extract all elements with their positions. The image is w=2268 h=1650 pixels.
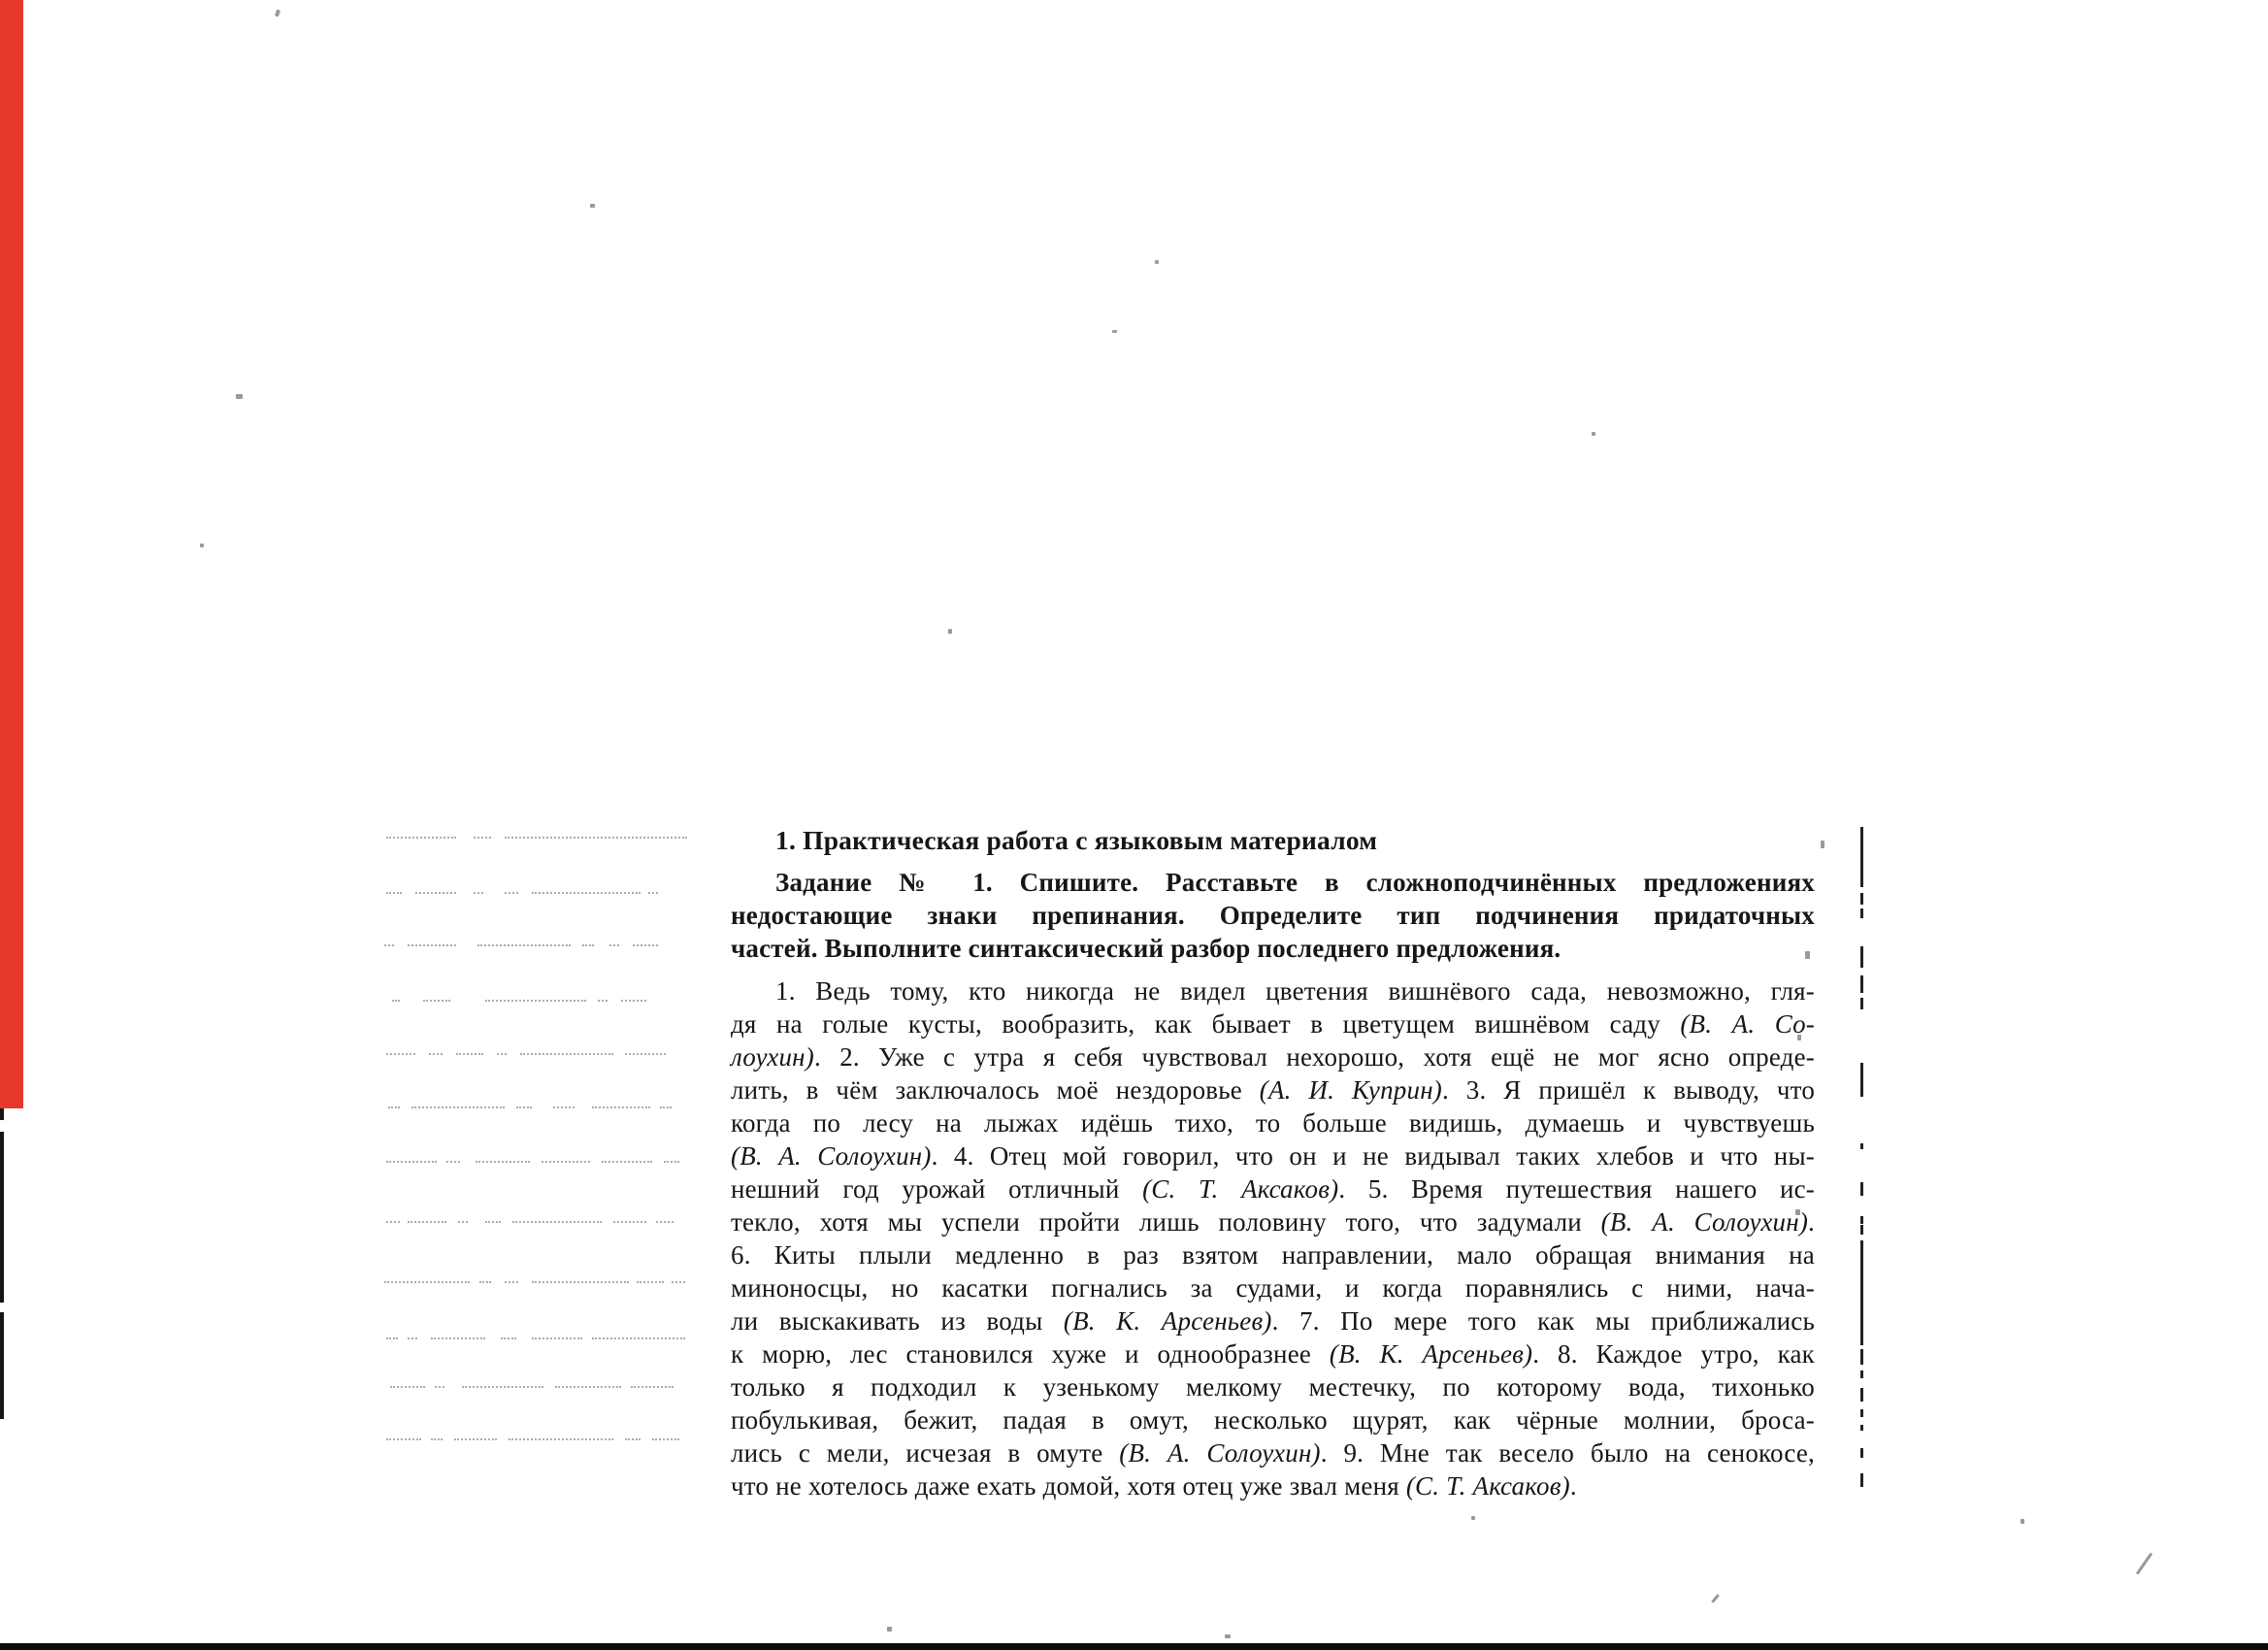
author-attribution: (С. Т. Аксаков) <box>1142 1174 1338 1204</box>
gutter-dash-segment <box>1860 893 1863 905</box>
author-attribution: (В. А. Солоухин) <box>1601 1207 1808 1237</box>
dotted-answer-line-segment <box>516 1106 532 1108</box>
text-segment: дя на голые кусты, вообразить, как бывае… <box>731 1009 1680 1039</box>
noise-speck <box>200 544 204 547</box>
text-segment: недостающие знаки препинания. Определите… <box>731 901 1815 930</box>
noise-speck <box>236 394 243 399</box>
author-attribution: (А. И. Куприн) <box>1260 1075 1442 1105</box>
text-line: только я подходил к узенькому мелкому ме… <box>731 1370 1815 1403</box>
dotted-answer-line-segment <box>625 1053 666 1055</box>
text-segment: . 2. Уже с утра я себя чувствовал нехоро… <box>814 1042 1815 1072</box>
text-segment: . <box>1570 1471 1577 1501</box>
gutter-dash-segment <box>1860 1349 1863 1365</box>
dotted-answer-line-segment <box>613 1221 646 1223</box>
text-segment: 1. Ведь тому, кто никогда не видел цвете… <box>775 976 1815 1006</box>
dotted-answer-line-segment <box>477 944 571 946</box>
dotted-answer-line-segment <box>631 1386 674 1388</box>
text-segment: только я подходил к узенькому мелкому ме… <box>731 1372 1815 1402</box>
dotted-answer-line-segment <box>660 1106 672 1108</box>
text-line: нешний год урожай отличный (С. Т. Аксако… <box>731 1172 1815 1205</box>
dotted-answer-line-segment <box>431 1438 443 1440</box>
gutter-dash-segment <box>1860 1182 1863 1196</box>
dotted-answer-line-segment <box>386 1438 421 1440</box>
dotted-answer-line-segment <box>384 1281 470 1283</box>
text-segment: лись с мели, исчезая в омуте <box>731 1438 1119 1468</box>
dotted-answer-line-segment <box>509 1438 613 1440</box>
text-segment: . 5. Время путешествия нашего ис- <box>1338 1174 1815 1204</box>
dotted-answer-line-segment <box>456 1053 483 1055</box>
text-segment: ли выскакивать из воды <box>731 1306 1064 1336</box>
dotted-answer-line-segment <box>621 1000 646 1002</box>
dotted-answer-line-segment <box>408 1337 417 1339</box>
dotted-answer-line-segment <box>592 1106 650 1108</box>
text-line: лоухин). 2. Уже с утра я себя чувствовал… <box>731 1040 1815 1073</box>
gutter-dash-segment <box>1860 1425 1863 1431</box>
scan-black-edge-segment <box>0 1312 4 1419</box>
scan-red-edge-strip <box>0 0 23 1108</box>
gutter-dash-segment <box>1860 1473 1863 1487</box>
dotted-answer-line-segment <box>390 1386 425 1388</box>
dotted-answer-line-segment <box>598 1000 608 1002</box>
gutter-dash-segment <box>1860 1225 1863 1235</box>
text-line: текло, хотя мы успели пройти лишь полови… <box>731 1205 1815 1238</box>
noise-speck <box>1155 260 1159 264</box>
noise-speck <box>1592 432 1595 436</box>
noise-speck <box>948 629 952 634</box>
text-segment: текло, хотя мы успели пройти лишь полови… <box>731 1207 1601 1237</box>
dotted-answer-line-segment <box>386 1161 437 1163</box>
text-line: к морю, лес становился хуже и однообразн… <box>731 1337 1815 1370</box>
dotted-answer-line-segment <box>474 837 491 839</box>
text-line: (В. А. Солоухин). 4. Отец мой говорил, ч… <box>731 1139 1815 1172</box>
noise-speck <box>1112 330 1117 333</box>
text-segment: миноносцы, но касатки погнались за судам… <box>731 1273 1815 1303</box>
dotted-answer-line-segment <box>408 1221 446 1223</box>
text-segment: . 8. Каждое утро, как <box>1532 1339 1815 1369</box>
scan-bottom-edge-bar <box>0 1643 2268 1650</box>
text-segment: когда по лесу на лыжах идёшь тихо, то бо… <box>731 1108 1815 1138</box>
text-segment: . 7. По мере того как мы приближались <box>1272 1306 1815 1336</box>
gutter-dash-segment <box>1860 1448 1863 1458</box>
dotted-answer-line-segment <box>388 1106 400 1108</box>
dotted-answer-line-segment <box>648 892 658 894</box>
dotted-answer-line-segment <box>664 1161 679 1163</box>
dotted-answer-line-segment <box>532 1337 582 1339</box>
dotted-answer-line-segment <box>435 1386 444 1388</box>
dotted-answer-line-segment <box>429 1053 443 1055</box>
text-segment: частей. Выполните синтаксический разбор … <box>731 934 1561 963</box>
dotted-answer-line-segment <box>386 892 402 894</box>
author-attribution: (В. К. Арсеньев) <box>1064 1306 1272 1336</box>
dotted-answer-line-segment <box>532 1281 629 1283</box>
dotted-answer-line-segment <box>633 944 658 946</box>
text-segment: побулькивая, бежит, падая в омут, нескол… <box>731 1405 1815 1435</box>
text-line: Задание № 1. Спишите. Расставьте в сложн… <box>731 866 1815 899</box>
section-title-text: 1. Практическая работа с языковым матери… <box>731 821 1815 860</box>
text-segment: 6. Киты плыли медленно в раз взятом напр… <box>731 1240 1815 1270</box>
text-line: лить, в чём заключалось моё нездоровье (… <box>731 1073 1815 1106</box>
dotted-answer-line-segment <box>505 837 687 839</box>
gutter-dash-segment <box>1860 1388 1863 1402</box>
gutter-dash-segment <box>1860 1240 1863 1345</box>
dotted-answer-line-segment <box>555 1386 621 1388</box>
author-attribution: (С. Т. Аксаков) <box>1406 1471 1570 1501</box>
text-segment: что не хотелось даже ехать домой, хотя о… <box>731 1471 1406 1501</box>
text-segment: . 3. Я пришёл к выводу, что <box>1442 1075 1815 1105</box>
dotted-answer-line-segment <box>520 1053 613 1055</box>
noise-speck <box>1711 1594 1720 1603</box>
dotted-answer-line-segment <box>386 1053 415 1055</box>
noise-speck <box>1821 841 1824 848</box>
text-line: побулькивая, бежит, падая в омут, нескол… <box>731 1403 1815 1436</box>
scan-black-edge-segment <box>0 1132 4 1303</box>
dotted-answer-line-segment <box>479 1281 491 1283</box>
dotted-answer-line-segment <box>476 1161 530 1163</box>
text-line: недостающие знаки препинания. Определите… <box>731 899 1815 932</box>
dotted-answer-line-segment <box>415 892 456 894</box>
dotted-answer-line-segment <box>652 1438 679 1440</box>
noise-speck <box>1225 1634 1231 1638</box>
dotted-answer-line-segment <box>497 1053 507 1055</box>
exercise-sentences-paragraph: 1. Ведь тому, кто никогда не видел цвете… <box>731 974 1815 1502</box>
dotted-answer-line-segment <box>582 944 594 946</box>
text-line: ли выскакивать из воды (В. К. Арсеньев).… <box>731 1304 1815 1337</box>
dotted-answer-line-segment <box>553 1106 575 1108</box>
gutter-dash-segment <box>1860 908 1863 918</box>
text-line: лись с мели, исчезая в омуте (В. А. Соло… <box>731 1436 1815 1469</box>
dotted-answer-line-segment <box>592 1337 685 1339</box>
author-attribution: (В. А. Солоухин) <box>731 1141 932 1171</box>
text-line: что не хотелось даже ехать домой, хотя о… <box>731 1469 1815 1502</box>
dotted-answer-line-segment <box>505 892 518 894</box>
author-attribution: (В. К. Арсеньев) <box>1330 1339 1532 1369</box>
noise-speck <box>1471 1516 1475 1520</box>
dotted-answer-line-segment <box>462 1386 543 1388</box>
text-segment: . <box>1808 1207 1815 1237</box>
dotted-answer-line-segment <box>637 1281 664 1283</box>
dotted-answer-line-segment <box>542 1161 590 1163</box>
dotted-answer-line-segment <box>505 1281 518 1283</box>
text-segment: Задание № 1. <box>775 868 993 897</box>
exercise-text-block: 1. Практическая работа с языковым матери… <box>731 821 1815 1502</box>
dotted-answer-line-segment <box>408 944 456 946</box>
text-segment: нешний год урожай отличный <box>731 1174 1142 1204</box>
dotted-answer-line-segment <box>386 1221 400 1223</box>
noise-speck <box>590 204 595 208</box>
gutter-dash-segment <box>1860 998 1863 1009</box>
dotted-answer-line-segment <box>532 892 641 894</box>
noise-speck <box>2136 1552 2153 1574</box>
dotted-answer-line-segment <box>485 1000 586 1002</box>
gutter-dash-segment <box>1860 1143 1863 1149</box>
gutter-dash-segment <box>1860 1370 1863 1378</box>
text-segment: лить, в чём заключалось моё нездоровье <box>731 1075 1260 1105</box>
dotted-answer-line-segment <box>411 1106 505 1108</box>
noise-speck <box>2021 1519 2024 1524</box>
dotted-answer-line-segment <box>501 1337 516 1339</box>
text-segment: к морю, лес становился хуже и однообразн… <box>731 1339 1330 1369</box>
text-line: дя на голые кусты, вообразить, как бывае… <box>731 1007 1815 1040</box>
text-segment: . 4. Отец мой говорил, что он и не видыв… <box>932 1141 1815 1171</box>
dotted-answer-line-segment <box>386 1337 398 1339</box>
text-line: когда по лесу на лыжах идёшь тихо, то бо… <box>731 1106 1815 1139</box>
task-instruction-paragraph: Задание № 1. Спишите. Расставьте в сложн… <box>731 866 1815 965</box>
dotted-answer-line-segment <box>423 1000 450 1002</box>
gutter-dash-segment <box>1860 1216 1863 1224</box>
scanned-textbook-page: 1. Практическая работа с языковым матери… <box>0 0 2268 1650</box>
dotted-answer-line-segment <box>609 944 619 946</box>
dotted-answer-line-segment <box>458 1221 468 1223</box>
dotted-answer-line-segment <box>474 892 483 894</box>
dotted-answer-line-segment <box>454 1438 497 1440</box>
dotted-answer-line-segment <box>446 1161 460 1163</box>
dotted-answer-line-segment <box>392 1000 400 1002</box>
dotted-answer-line-segment <box>656 1221 674 1223</box>
text-segment: Спишите. Расставьте в сложноподчинённых … <box>993 868 1815 897</box>
author-attribution: (В. А. Солоухин) <box>1119 1438 1320 1468</box>
dotted-answer-line-segment <box>386 837 456 839</box>
text-segment: . 9. Мне так весело было на сенокосе, <box>1321 1438 1815 1468</box>
text-line: частей. Выполните синтаксический разбор … <box>731 932 1815 965</box>
author-attribution: (В. А. Со- <box>1680 1009 1815 1039</box>
dotted-answer-line-segment <box>602 1161 652 1163</box>
dotted-answer-line-segment <box>672 1281 685 1283</box>
dotted-answer-line-segment <box>625 1438 641 1440</box>
gutter-dash-segment <box>1860 827 1863 887</box>
dotted-answer-line-segment <box>485 1221 501 1223</box>
section-title: 1. Практическая работа с языковым матери… <box>731 821 1815 860</box>
gutter-dash-segment <box>1860 1063 1863 1097</box>
author-attribution: лоухин) <box>731 1042 814 1072</box>
dotted-answer-line-segment <box>384 944 394 946</box>
text-line: 6. Киты плыли медленно в раз взятом напр… <box>731 1238 1815 1271</box>
noise-speck <box>275 10 280 17</box>
text-line: 1. Ведь тому, кто никогда не видел цвете… <box>731 974 1815 1007</box>
text-line: миноносцы, но касатки погнались за судам… <box>731 1271 1815 1304</box>
gutter-dash-segment <box>1860 946 1863 968</box>
noise-speck <box>887 1627 892 1632</box>
gutter-dash-segment <box>1860 1409 1863 1417</box>
dotted-answer-line-segment <box>512 1221 602 1223</box>
dotted-answer-line-segment <box>431 1337 485 1339</box>
gutter-dash-segment <box>1860 975 1863 993</box>
